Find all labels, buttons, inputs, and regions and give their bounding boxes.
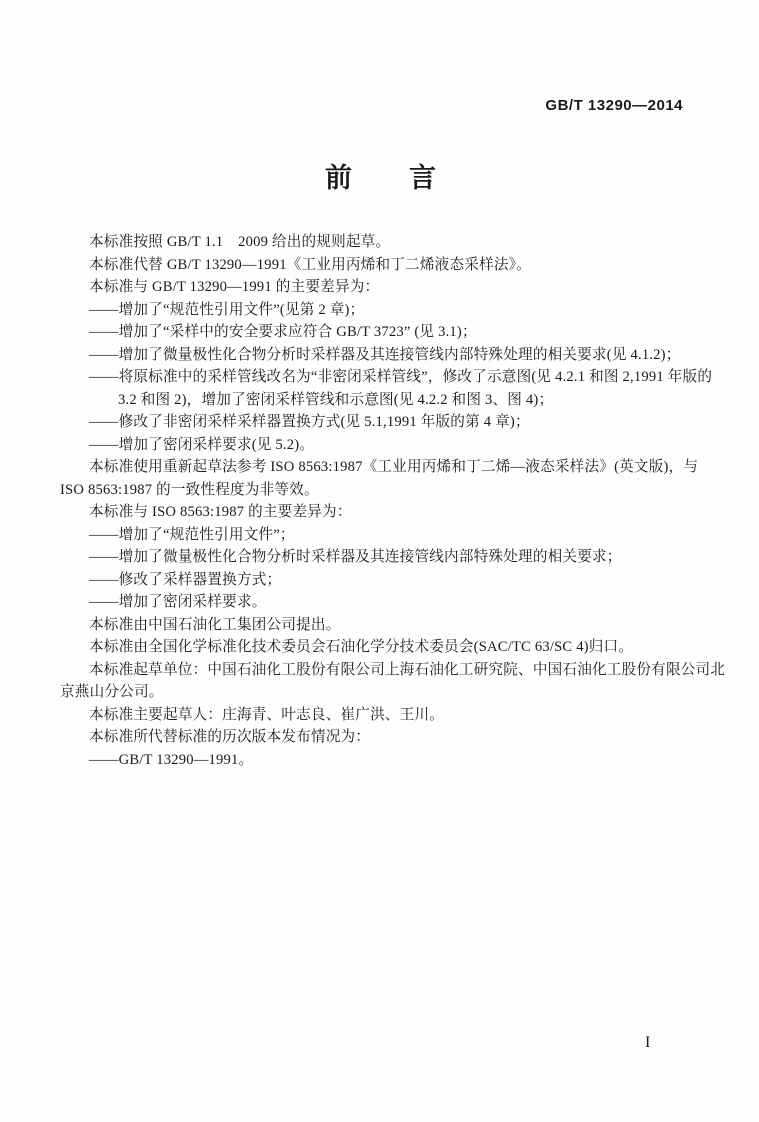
body-line: ISO 8563:1987 的一致性程度为非等效。	[60, 479, 702, 502]
foreword-body: 本标准按照 GB/T 1.1 2009 给出的规则起草。本标准代替 GB/T 1…	[60, 231, 702, 771]
body-line: 本标准主要起草人：庄海青、叶志良、崔广洪、王川。	[60, 704, 702, 727]
body-line: 本标准与 GB/T 13290—1991 的主要差异为：	[60, 276, 702, 299]
body-line: ——将原标准中的采样管线改名为“非密闭采样管线”，修改了示意图(见 4.2.1 …	[60, 366, 702, 389]
body-line: 本标准起草单位：中国石油化工股份有限公司上海石油化工研究院、中国石油化工股份有限…	[60, 659, 702, 682]
body-line: ——修改了采样器置换方式；	[60, 569, 702, 592]
body-line: ——增加了“规范性引用文件”；	[60, 524, 702, 547]
standard-code: GB/T 13290—2014	[545, 97, 683, 114]
body-line: 本标准代替 GB/T 13290—1991《工业用丙烯和丁二烯液态采样法》。	[60, 254, 702, 277]
document-page: GB/T 13290—2014 前 言 本标准按照 GB/T 1.1 2009 …	[0, 0, 759, 1122]
body-line: ——增加了微量极性化合物分析时采样器及其连接管线内部特殊处理的相关要求；	[60, 546, 702, 569]
body-line: 本标准与 ISO 8563:1987 的主要差异为：	[60, 501, 702, 524]
body-line: ——增加了密闭采样要求。	[60, 591, 702, 614]
body-line: ——增加了微量极性化合物分析时采样器及其连接管线内部特殊处理的相关要求(见 4.…	[60, 344, 702, 367]
body-line: 本标准按照 GB/T 1.1 2009 给出的规则起草。	[60, 231, 702, 254]
page-title: 前 言	[60, 156, 702, 195]
body-line: 本标准由中国石油化工集团公司提出。	[60, 614, 702, 637]
body-line: 3.2 和图 2)，增加了密闭采样管线和示意图(见 4.2.2 和图 3、图 4…	[60, 389, 702, 412]
body-line: 本标准由全国化学标准化技术委员会石油化学分技术委员会(SAC/TC 63/SC …	[60, 636, 702, 659]
body-line: ——GB/T 13290—1991。	[60, 749, 702, 772]
body-line: ——增加了密闭采样要求(见 5.2)。	[60, 434, 702, 457]
body-line: ——修改了非密闭采样采样器置换方式(见 5.1,1991 年版的第 4 章)；	[60, 411, 702, 434]
body-line: 本标准所代替标准的历次版本发布情况为：	[60, 726, 702, 749]
body-line: 京燕山分公司。	[60, 681, 702, 704]
body-line: ——增加了“规范性引用文件”(见第 2 章)；	[60, 299, 702, 322]
body-line: ——增加了“采样中的安全要求应符合 GB/T 3723” (见 3.1)；	[60, 321, 702, 344]
body-line: 本标准使用重新起草法参考 ISO 8563:1987《工业用丙烯和丁二烯—液态采…	[60, 456, 702, 479]
page-number: I	[645, 1034, 650, 1052]
